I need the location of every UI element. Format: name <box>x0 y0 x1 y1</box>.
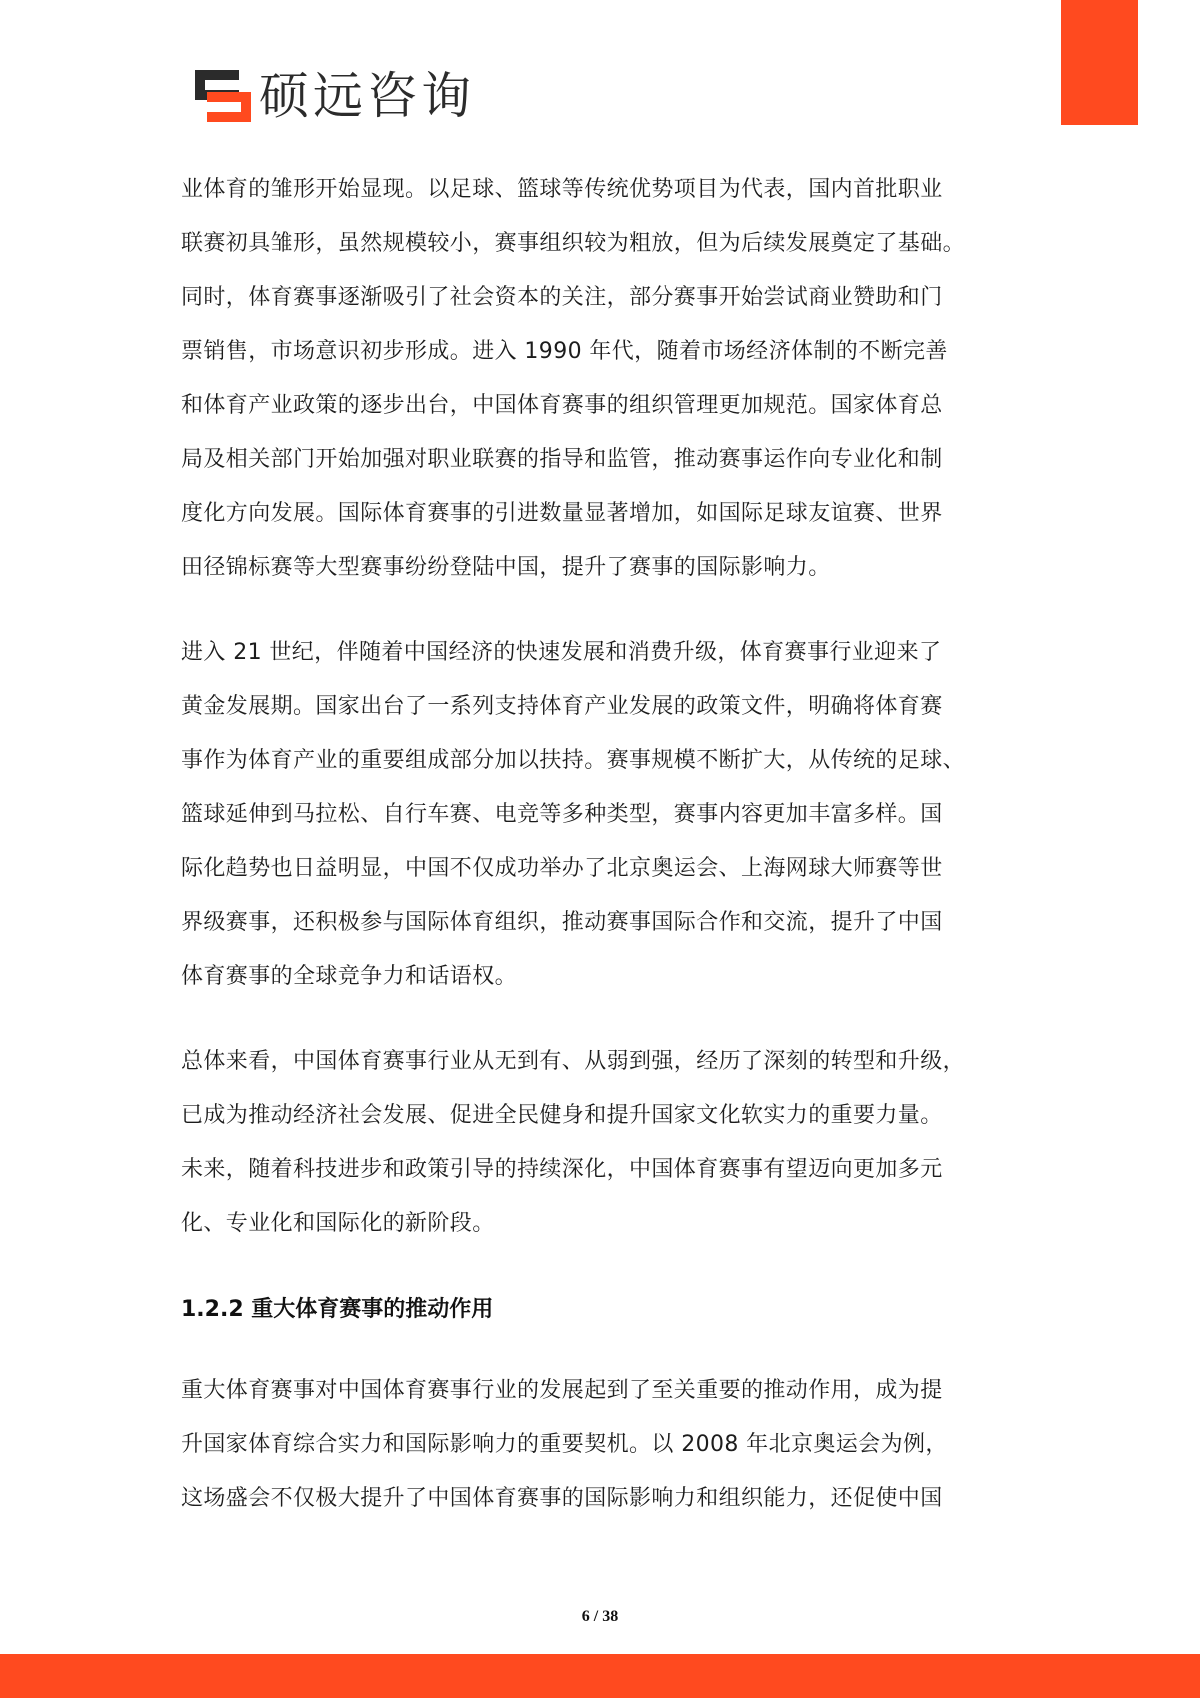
text-line: 体育赛事的全球竞争力和话语权。 <box>181 962 517 992</box>
text-line: 化、专业化和国际化的新阶段。 <box>181 1209 495 1239</box>
text-line: 际化趋势也日益明显，中国不仅成功举办了北京奥运会、上海网球大师赛等世 <box>181 854 943 884</box>
text-line: 业体育的雏形开始显现。以足球、篮球等传统优势项目为代表，国内首批职业 <box>181 175 943 205</box>
text-line: 未来，随着科技进步和政策引导的持续深化，中国体育赛事有望迈向更加多元 <box>181 1155 943 1185</box>
footer-accent-bar <box>0 1654 1200 1698</box>
text-line: 局及相关部门开始加强对职业联赛的指导和监管，推动赛事运作向专业化和制 <box>181 445 943 475</box>
text-line: 重大体育赛事对中国体育赛事行业的发展起到了至关重要的推动作用，成为提 <box>181 1376 943 1406</box>
text-line: 联赛初具雏形，虽然规模较小，赛事组织较为粗放，但为后续发展奠定了基础。 <box>181 229 965 259</box>
text-line: 进入 21 世纪，伴随着中国经济的快速发展和消费升级，体育赛事行业迎来了 <box>181 638 941 668</box>
text-line: 同时，体育赛事逐渐吸引了社会资本的关注，部分赛事开始尝试商业赞助和门 <box>181 283 943 313</box>
corner-accent-tab <box>1061 0 1138 125</box>
text-line: 篮球延伸到马拉松、自行车赛、电竞等多种类型，赛事内容更加丰富多样。国 <box>181 800 943 830</box>
text-line: 事作为体育产业的重要组成部分加以扶持。赛事规模不断扩大，从传统的足球、 <box>181 746 965 776</box>
text-line: 已成为推动经济社会发展、促进全民健身和提升国家文化软实力的重要力量。 <box>181 1101 943 1131</box>
logo-mark-icon <box>195 70 251 122</box>
text-line: 这场盛会不仅极大提升了中国体育赛事的国际影响力和组织能力，还促使中国 <box>181 1484 943 1514</box>
text-line: 升国家体育综合实力和国际影响力的重要契机。以 2008 年北京奥运会为例， <box>181 1430 948 1460</box>
section-heading: 1.2.2 重大体育赛事的推动作用 <box>181 1295 493 1325</box>
text-line: 和体育产业政策的逐步出台，中国体育赛事的组织管理更加规范。国家体育总 <box>181 391 943 421</box>
text-line: 黄金发展期。国家出台了一系列支持体育产业发展的政策文件，明确将体育赛 <box>181 692 943 722</box>
company-logo: 硕远咨询 <box>195 66 475 126</box>
text-line: 田径锦标赛等大型赛事纷纷登陆中国，提升了赛事的国际影响力。 <box>181 553 831 583</box>
text-line: 票销售，市场意识初步形成。进入 1990 年代，随着市场经济体制的不断完善 <box>181 337 948 367</box>
page-number: 6 / 38 <box>0 1608 1200 1626</box>
text-line: 界级赛事，还积极参与国际体育组织，推动赛事国际合作和交流，提升了中国 <box>181 908 943 938</box>
logo-text: 硕远咨询 <box>259 66 475 126</box>
text-line: 度化方向发展。国际体育赛事的引进数量显著增加，如国际足球友谊赛、世界 <box>181 499 943 529</box>
text-line: 总体来看，中国体育赛事行业从无到有、从弱到强，经历了深刻的转型和升级， <box>181 1047 965 1077</box>
